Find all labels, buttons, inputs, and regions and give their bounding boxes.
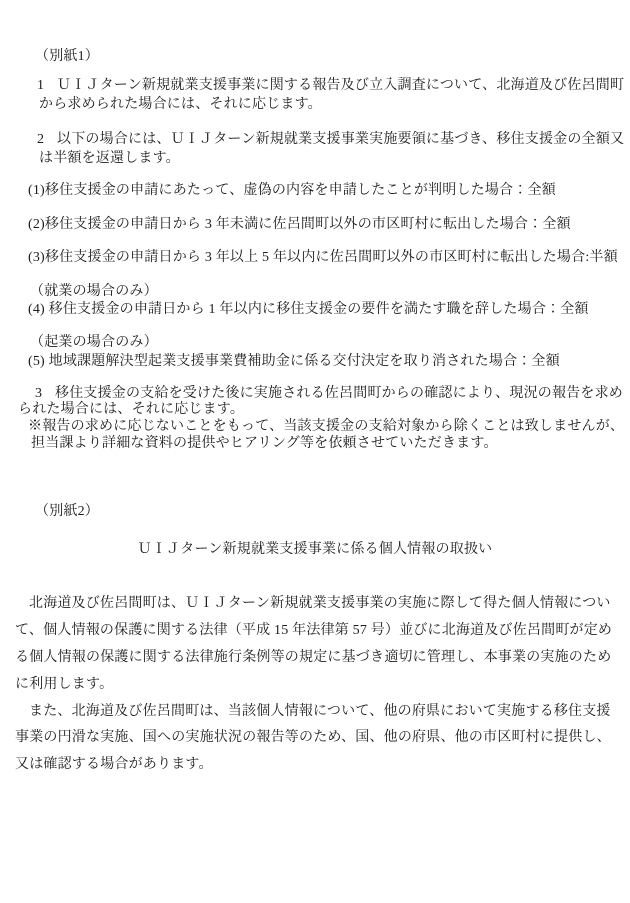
case-5: (5) 地域課題解決型起業支援事業費補助金に係る交付決定を取り消された場合：全額 bbox=[28, 354, 560, 370]
item-2-line-2: は半額を返還します。 bbox=[39, 151, 180, 167]
attachment2-label: （別紙2） bbox=[35, 504, 99, 520]
item-1-text: ＵＩＪターン新規就業支援事業に関する報告及び立入調査について、北海道及び佐呂間町 bbox=[57, 78, 624, 93]
attachment2-title: ＵＩＪターン新規就業支援事業に係る個人情報の取扱い bbox=[0, 542, 630, 558]
item-1-line-2: から求められた場合には、それに応じます。 bbox=[39, 97, 322, 113]
para-1-line-3: る個人情報の保護に関する法律施行条例等の規定に基づき適切に管理し、本事業の実施の… bbox=[15, 650, 611, 666]
para-1-line-1: 北海道及び佐呂間町は、ＵＩＪターン新規就業支援事業の実施に際して得た個人情報につ… bbox=[29, 596, 611, 612]
para-2-line-3: 又は確認する場合があります。 bbox=[15, 757, 213, 773]
attachment1-label: （別紙1） bbox=[35, 49, 99, 65]
case-1: (1)移住支援金の申請にあたって、虚偽の内容を申請したことが判明した場合：全額 bbox=[28, 183, 556, 199]
item-2-text: 以下の場合には、ＵＩＪターン新規就業支援事業実施要領に基づき、移住支援金の全額又 bbox=[57, 132, 624, 147]
case-3: (3)移住支援金の申請日から 3 年以上 5 年以内に佐呂間町以外の市区町村に転… bbox=[28, 250, 618, 266]
item-1-number: 1 bbox=[37, 78, 57, 94]
item-1-line-1: 1ＵＩＪターン新規就業支援事業に関する報告及び立入調査について、北海道及び佐呂間… bbox=[37, 78, 624, 94]
item-3-note-line-2: 担当課より詳細な資料の提供やヒアリング等を依頼させていただきます。 bbox=[31, 436, 498, 452]
para-2-line-1: また、北海道及び佐呂間町は、当該個人情報について、他の府県において実施する移住支… bbox=[29, 704, 611, 720]
case-2: (2)移住支援金の申請日から 3 年未満に佐呂間町以外の市区町村に転出した場合：… bbox=[28, 217, 571, 233]
startup-only-note: （起業の場合のみ） bbox=[30, 335, 158, 351]
para-1-line-2: て、個人情報の保護に関する法律（平成 15 年法律第 57 号）並びに北海道及び… bbox=[15, 623, 612, 639]
para-2-line-2: 事業の円滑な実施、国への実施状況の報告等のため、国、他の府県、他の市区町村に提供… bbox=[15, 730, 611, 746]
case-4: (4) 移住支援金の申請日から 1 年以内に移住支援金の要件を満たす職を辞した場… bbox=[28, 302, 589, 318]
item-3-number: 3 bbox=[35, 386, 55, 402]
item-3-line-1: 3移住支援金の支給を受けた後に実施される佐呂間町からの確認により、現況の報告を求… bbox=[35, 386, 623, 402]
para-1-line-4: に利用します。 bbox=[15, 677, 113, 693]
item-2-number: 2 bbox=[37, 132, 57, 148]
document-page: （別紙1） 1ＵＩＪターン新規就業支援事業に関する報告及び立入調査について、北海… bbox=[0, 0, 630, 903]
item-3-text: 移住支援金の支給を受けた後に実施される佐呂間町からの確認により、現況の報告を求め bbox=[55, 386, 623, 401]
employment-only-note: （就業の場合のみ） bbox=[30, 284, 158, 300]
item-3-note-line-1: ※報告の求めに応じないことをもって、当該支援金の支給対象から除くことは致しません… bbox=[28, 419, 624, 435]
item-3-line-2: られた場合には、それに応じます。 bbox=[18, 402, 244, 418]
item-2-line-1: 2以下の場合には、ＵＩＪターン新規就業支援事業実施要領に基づき、移住支援金の全額… bbox=[37, 132, 624, 148]
